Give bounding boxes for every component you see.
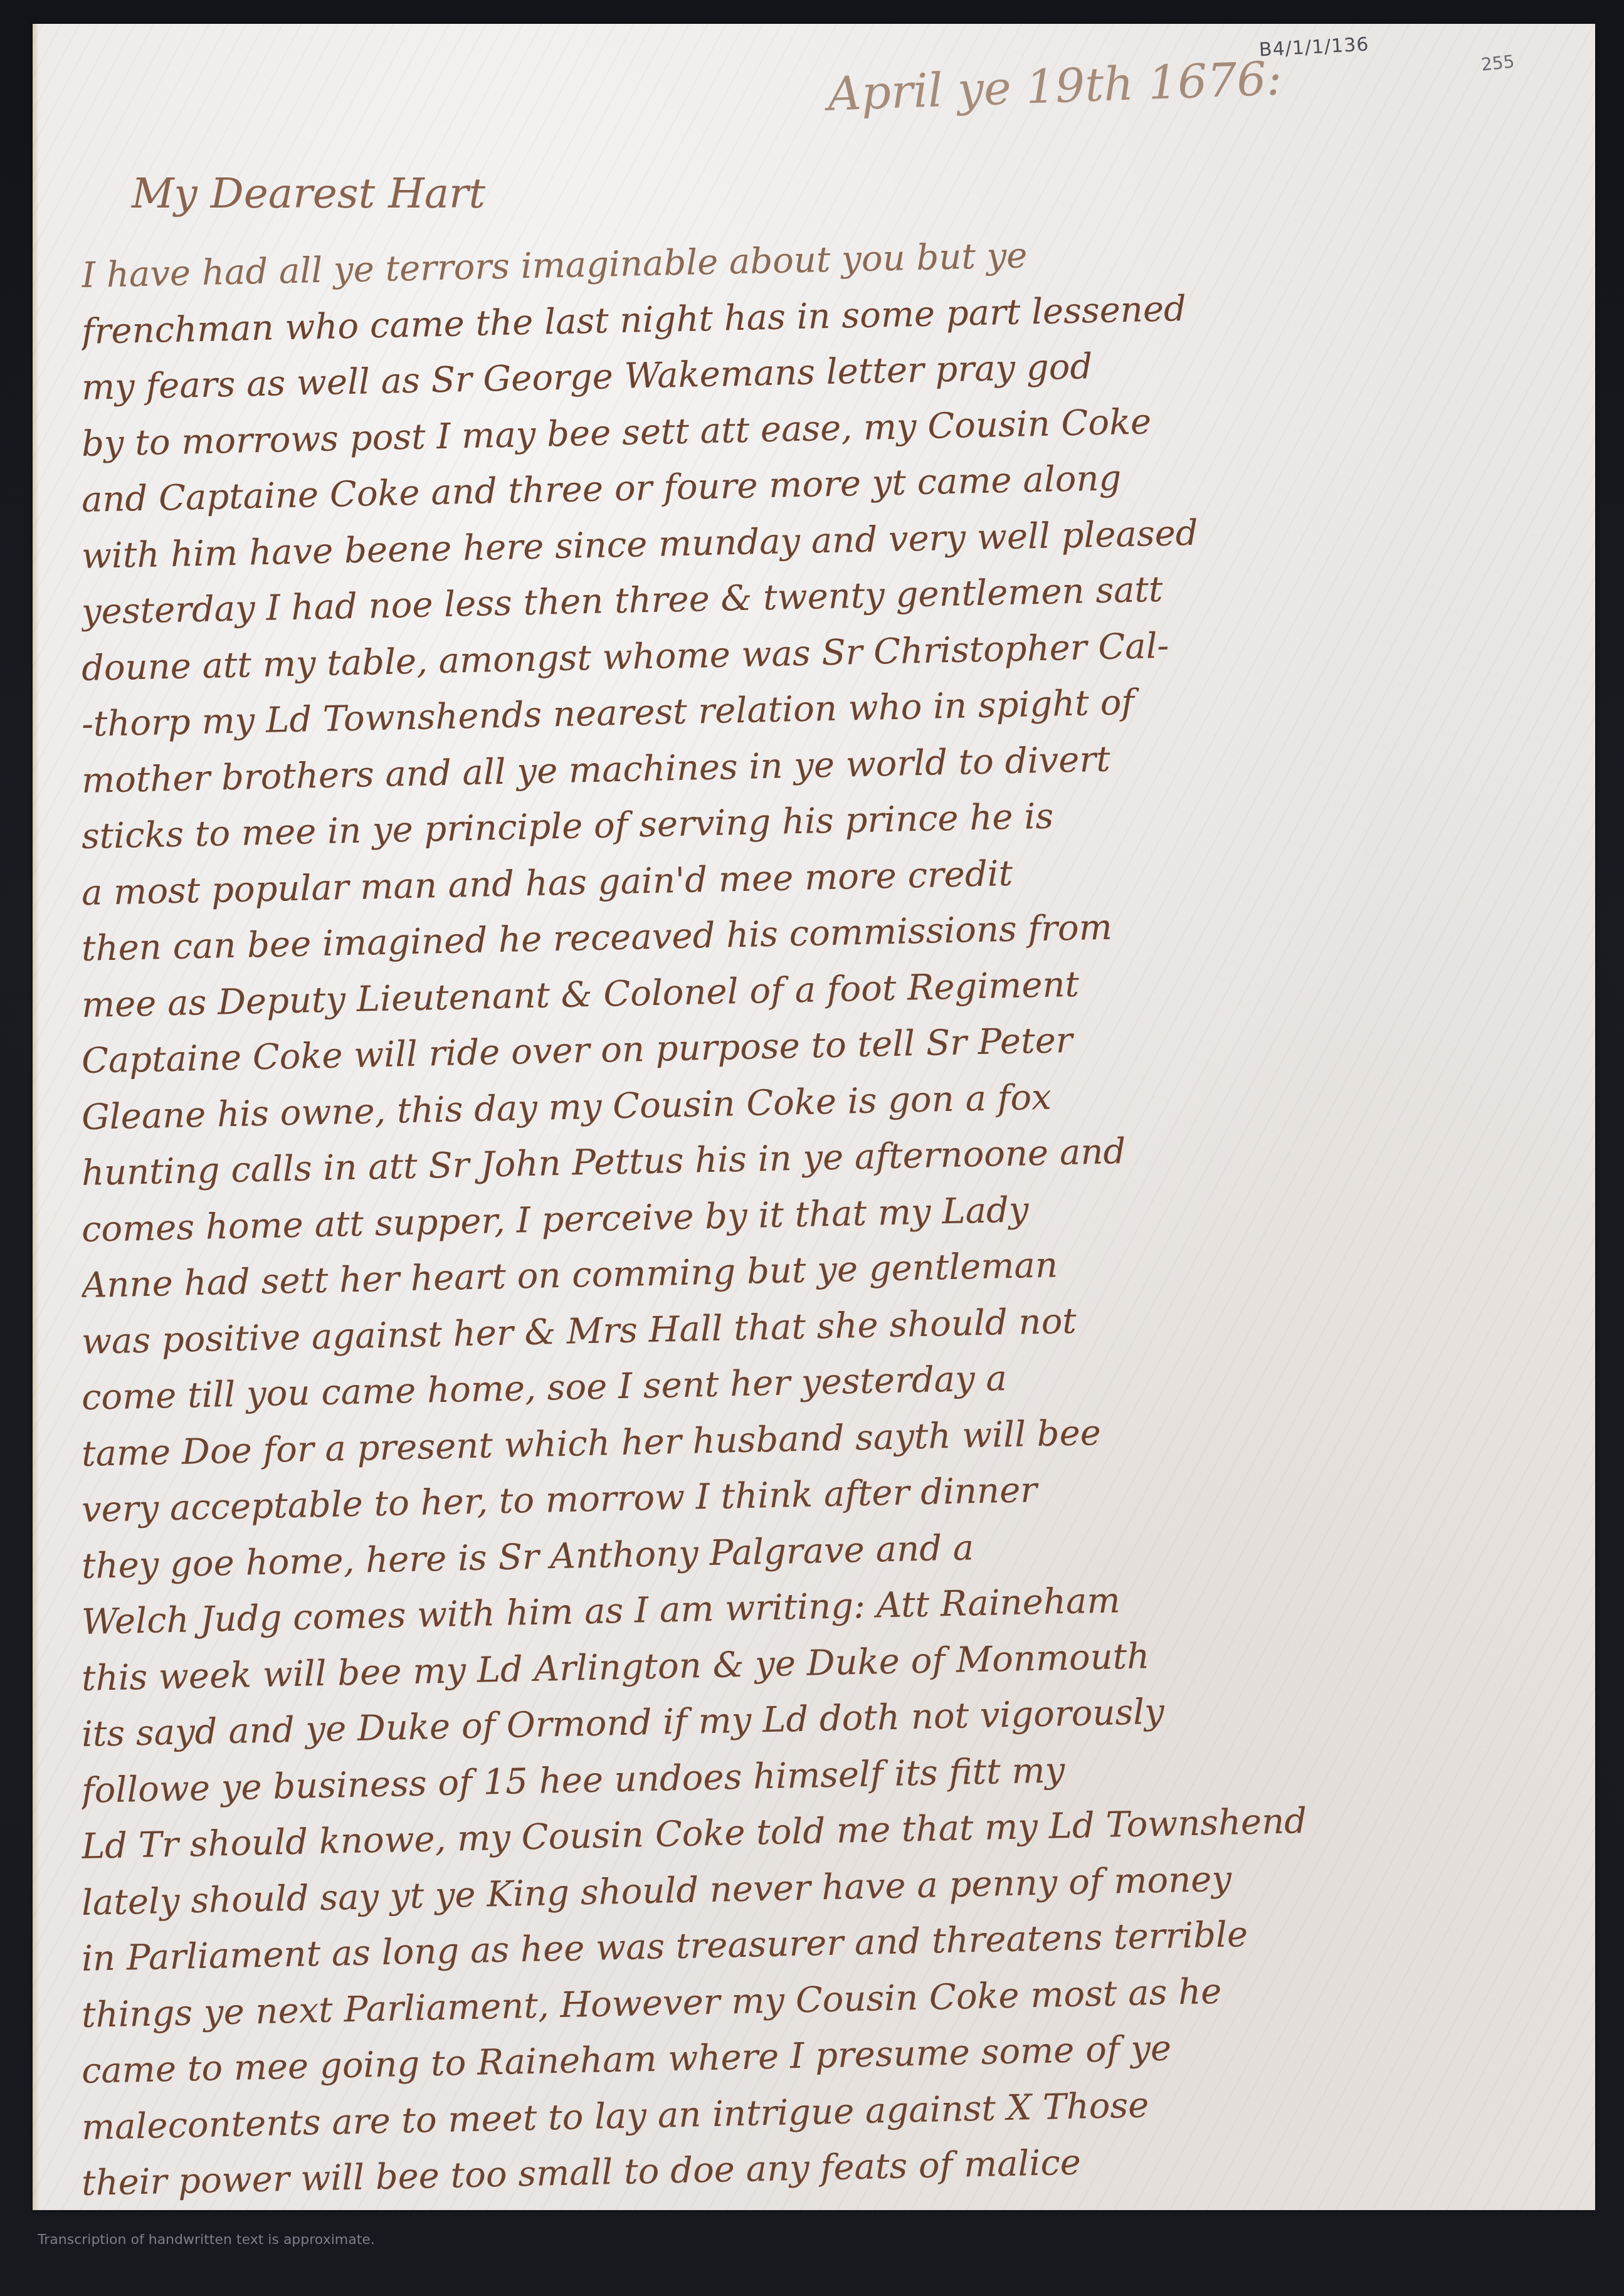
salutation: My Dearest Hart (132, 169, 485, 218)
letter-body: I have had all ye terrors imaginable abo… (82, 248, 1574, 2212)
transcription-note: Transcription of handwritten text is app… (38, 2232, 375, 2248)
folio-number: 255 (1480, 51, 1516, 75)
